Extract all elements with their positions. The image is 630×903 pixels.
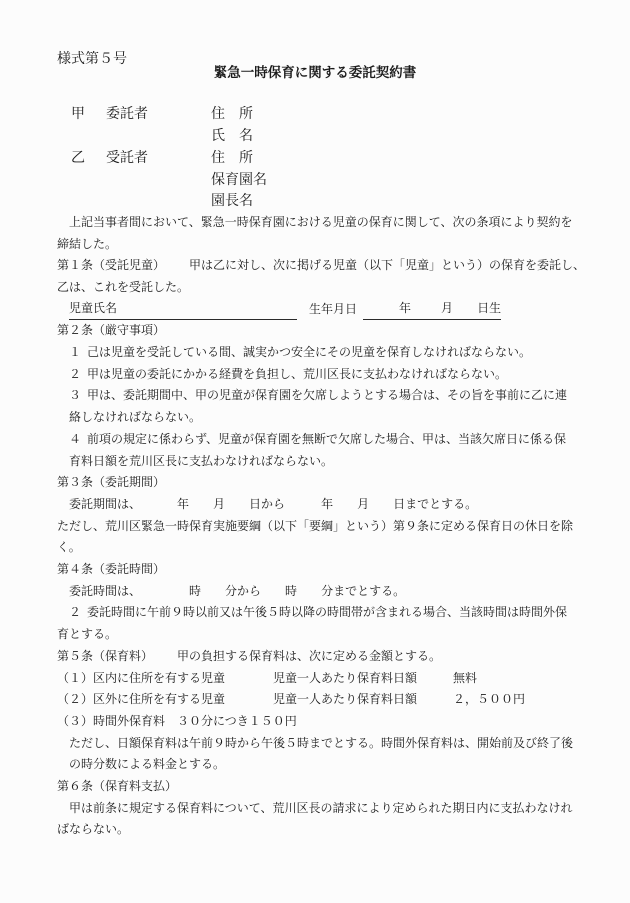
text-segment: の時分数による料金とする。 xyxy=(69,757,225,771)
text-segment: 年 xyxy=(399,301,411,315)
text-segment: 第１条（受託児童） xyxy=(57,258,165,272)
article3-proviso-line-2: く。 xyxy=(57,536,81,558)
spacer xyxy=(417,702,453,703)
text-segment: ３０分につき１５０円 xyxy=(177,714,297,728)
spacer xyxy=(225,681,273,682)
text-segment: 甲は前条に規定する保育料について、荒川区長の請求により定められた期日内に支払わな… xyxy=(69,801,573,815)
text-segment: 甲は、委託期間中、甲の児童が保育園を欠席しようとする場合は、その旨を事前に乙に連 xyxy=(87,388,567,402)
text-segment: 日から xyxy=(249,497,285,511)
spacer xyxy=(201,594,225,595)
spacer xyxy=(85,161,106,162)
spacer xyxy=(153,659,177,660)
spacer xyxy=(165,268,189,269)
spacer xyxy=(148,161,211,162)
text-segment: 月 xyxy=(357,497,369,511)
text-segment: 園長名 xyxy=(211,192,253,208)
text-segment: ただし、荒川区緊急一時保育実施要綱（以下「要綱」という）第９条に定める保育日の休… xyxy=(57,519,573,533)
spacer xyxy=(225,161,239,162)
text-segment: 児童一人あたり保育料日額 xyxy=(273,671,417,685)
spacer xyxy=(57,117,71,118)
article3-period-line: 委託期間は、年月日から年月日までとする。 xyxy=(57,493,477,515)
text-segment: ただし、日額保育料は午前９時から午後５時までとする。時間外保育料は、開始前及び終… xyxy=(69,736,573,750)
text-segment: 分までとする。 xyxy=(321,584,405,598)
text-segment: 住 xyxy=(211,105,225,121)
spacer xyxy=(57,811,69,812)
spacer xyxy=(297,312,309,313)
spacer xyxy=(57,398,69,399)
article5-item3: （３）時間外保育料３０分につき１５０円 xyxy=(57,710,297,732)
text-segment: ４ xyxy=(69,432,81,446)
spacer xyxy=(225,139,239,140)
text-segment: 保育園名 xyxy=(211,171,267,187)
preamble-line-2: 締結した。 xyxy=(57,233,117,255)
article2-item1: １己は児童を受託している間、誠実かつ安全にその児童を保育しなければならない。 xyxy=(57,341,531,363)
article4-heading: 第４条（委託時間） xyxy=(57,558,165,580)
text-segment: 住 xyxy=(211,149,225,165)
spacer xyxy=(57,420,69,421)
spacer xyxy=(57,746,69,747)
text-segment: （３）時間外保育料 xyxy=(57,714,165,728)
text-segment: 甲は児童の委託にかかる経費を負担し、荒川区長に支払わなければならない。 xyxy=(87,367,507,381)
article6-body-line-2: ばならない。 xyxy=(57,818,129,840)
text-segment: 甲 xyxy=(71,105,85,121)
text-segment: 生年月日 xyxy=(309,302,357,316)
spacer xyxy=(57,767,69,768)
party-otsu-row: 乙受託者住所 xyxy=(57,146,253,168)
spacer xyxy=(285,507,321,508)
text-segment: ２ xyxy=(69,367,81,381)
text-segment: 委託者 xyxy=(106,105,148,121)
fill-in-blank-underline: 年月日生 xyxy=(363,298,501,320)
spacer xyxy=(57,225,69,226)
article2-item4-line-1: ４前項の規定に係わらず、児童が保育園を無断で欠席した場合、甲は、当該欠席日に係る… xyxy=(57,428,566,450)
text-segment: 年 xyxy=(321,497,333,511)
spacer xyxy=(411,311,441,312)
spacer xyxy=(57,355,69,356)
spacer xyxy=(85,117,106,118)
text-segment: 上記当事者間において、緊急一時保育園における児童の保育に関して、次の条項により契… xyxy=(69,215,573,229)
text-segment: 乙は、これを受託した。 xyxy=(57,280,189,294)
text-segment: 育料日額を荒川区長に支払わなければならない。 xyxy=(69,454,333,468)
text-segment: 締結した。 xyxy=(57,237,117,251)
text-segment: 日までとする。 xyxy=(393,497,477,511)
text-segment: 第５条（保育料） xyxy=(57,649,153,663)
document-title: 緊急一時保育に関する委託契約書 xyxy=(0,62,630,84)
article5-heading-line: 第５条（保育料）甲の負担する保育料は、次に定める金額とする。 xyxy=(57,645,441,667)
spacer xyxy=(148,117,211,118)
text-segment: 絡しなければならない。 xyxy=(69,410,201,424)
spacer xyxy=(57,312,69,313)
text-segment: 前項の規定に係わらず、児童が保育園を無断で欠席した場合、甲は、当該欠席日に係る保 xyxy=(87,432,566,446)
article1-line-1: 第１条（受託児童）甲は乙に対し、次に掲げる児童（以下「児童」という）の保育を委託… xyxy=(57,254,585,276)
text-segment: 月 xyxy=(441,301,453,315)
spacer xyxy=(57,161,71,162)
text-segment: 委託期間は、 xyxy=(69,497,141,511)
article4-time-line: 委託時間は、時分から時分までとする。 xyxy=(57,580,405,602)
party-kou-row: 甲委託者住所 xyxy=(57,102,253,124)
text-segment: 己は児童を受託している間、誠実かつ安全にその児童を保育しなければならない。 xyxy=(87,345,531,359)
text-segment: 児童氏名 xyxy=(69,301,117,315)
spacer xyxy=(57,377,69,378)
text-segment: 所 xyxy=(239,105,253,121)
spacer xyxy=(297,594,321,595)
spacer xyxy=(57,594,69,595)
text-segment: ２ xyxy=(69,605,81,619)
article4-item2-line-2: 育とする。 xyxy=(57,623,117,645)
preamble-line-1: 上記当事者間において、緊急一時保育園における児童の保育に関して、次の条項により契… xyxy=(57,211,573,233)
article5-proviso-line-2: の時分数による料金とする。 xyxy=(57,753,225,775)
text-segment: ３ xyxy=(69,388,81,402)
text-segment: ばならない。 xyxy=(57,822,129,836)
article3-proviso-line-1: ただし、荒川区緊急一時保育実施要綱（以下「要綱」という）第９条に定める保育日の休… xyxy=(57,515,573,537)
spacer xyxy=(57,464,69,465)
text-segment: ２，５００円 xyxy=(453,692,525,706)
article5-item2: （２）区外に住所を有する児童児童一人あたり保育料日額２，５００円 xyxy=(57,688,525,710)
article2-item4-line-2: 育料日額を荒川区長に支払わなければならない。 xyxy=(57,450,333,472)
text-segment: 第６条（保育料支払） xyxy=(57,779,177,793)
spacer xyxy=(141,594,189,595)
article2-item2: ２甲は児童の委託にかかる経費を負担し、荒川区長に支払わなければならない。 xyxy=(57,363,507,385)
article3-heading: 第３条（委託期間） xyxy=(57,471,165,493)
article4-item2-line-1: ２委託時間に午前９時以前又は午後５時以降の時間帯が含まれる場合、当該時間は時間外… xyxy=(57,601,567,623)
article1-line-2: 乙は、これを受託した。 xyxy=(57,276,189,298)
spacer xyxy=(261,594,285,595)
text-segment: 第４条（委託時間） xyxy=(57,562,165,576)
article6-body-line-1: 甲は前条に規定する保育料について、荒川区長の請求により定められた期日内に支払わな… xyxy=(57,797,573,819)
text-segment: 所 xyxy=(239,149,253,165)
text-segment: １ xyxy=(69,345,81,359)
spacer xyxy=(165,724,177,725)
text-segment: 甲の負担する保育料は、次に定める金額とする。 xyxy=(177,649,441,663)
text-segment: 受託者 xyxy=(106,149,148,165)
text-segment: 緊急一時保育に関する委託契約書 xyxy=(214,65,417,80)
text-segment: 甲は乙に対し、次に掲げる児童（以下「児童」という）の保育を委託し、 xyxy=(189,258,585,272)
text-segment: 名 xyxy=(239,127,253,143)
article5-item1: （１）区内に住所を有する児童児童一人あたり保育料日額無料 xyxy=(57,667,477,689)
fill-in-blank-underline: 児童氏名 xyxy=(69,298,297,320)
spacer xyxy=(225,117,239,118)
text-segment: 時 xyxy=(285,584,297,598)
text-segment: （１）区内に住所を有する児童 xyxy=(57,671,225,685)
spacer xyxy=(57,507,69,508)
spacer xyxy=(117,311,297,312)
spacer xyxy=(141,507,177,508)
article6-heading: 第６条（保育料支払） xyxy=(57,775,177,797)
text-segment: （２）区外に住所を有する児童 xyxy=(57,692,225,706)
article5-proviso-line-1: ただし、日額保育料は午前９時から午後５時までとする。時間外保育料は、開始前及び終… xyxy=(57,732,573,754)
party-otsu-nursery-row: 保育園名 xyxy=(211,168,267,190)
text-segment: 委託時間に午前９時以前又は午後５時以降の時間帯が含まれる場合、当該時間は時間外保 xyxy=(87,605,567,619)
text-segment: 月 xyxy=(213,497,225,511)
spacer xyxy=(453,311,477,312)
spacer xyxy=(57,442,69,443)
text-segment: 育とする。 xyxy=(57,627,117,641)
text-segment: 日生 xyxy=(477,301,501,315)
party-otsu-director-row: 園長名 xyxy=(211,189,253,211)
text-segment: 年 xyxy=(177,497,189,511)
text-segment: 委託時間は、 xyxy=(69,584,141,598)
article2-item3-line-1: ３甲は、委託期間中、甲の児童が保育園を欠席しようとする場合は、その旨を事前に乙に… xyxy=(57,384,567,406)
text-segment: 時 xyxy=(189,584,201,598)
party-kou-name-row: 氏名 xyxy=(211,124,253,146)
text-segment: 分から xyxy=(225,584,261,598)
spacer xyxy=(225,507,249,508)
article2-item3-line-2: 絡しなければならない。 xyxy=(57,406,201,428)
spacer xyxy=(369,507,393,508)
text-segment: 氏 xyxy=(211,127,225,143)
text-segment: 児童一人あたり保育料日額 xyxy=(273,692,417,706)
text-segment: 乙 xyxy=(71,149,85,165)
text-segment: 第３条（委託期間） xyxy=(57,475,165,489)
spacer xyxy=(57,615,69,616)
text-segment: 第２条（厳守事項） xyxy=(57,323,165,337)
text-segment: く。 xyxy=(57,540,81,554)
text-segment: 無料 xyxy=(453,671,477,685)
spacer xyxy=(225,702,273,703)
contract-document-page: 様式第５号緊急一時保育に関する委託契約書甲委託者住所氏名乙受託者住所保育園名園長… xyxy=(0,0,630,903)
spacer xyxy=(189,507,213,508)
spacer xyxy=(333,507,357,508)
spacer xyxy=(417,681,453,682)
article2-heading: 第２条（厳守事項） xyxy=(57,319,165,341)
spacer xyxy=(363,311,399,312)
child-info-form-line: 児童氏名生年月日年月日生 xyxy=(57,298,501,320)
